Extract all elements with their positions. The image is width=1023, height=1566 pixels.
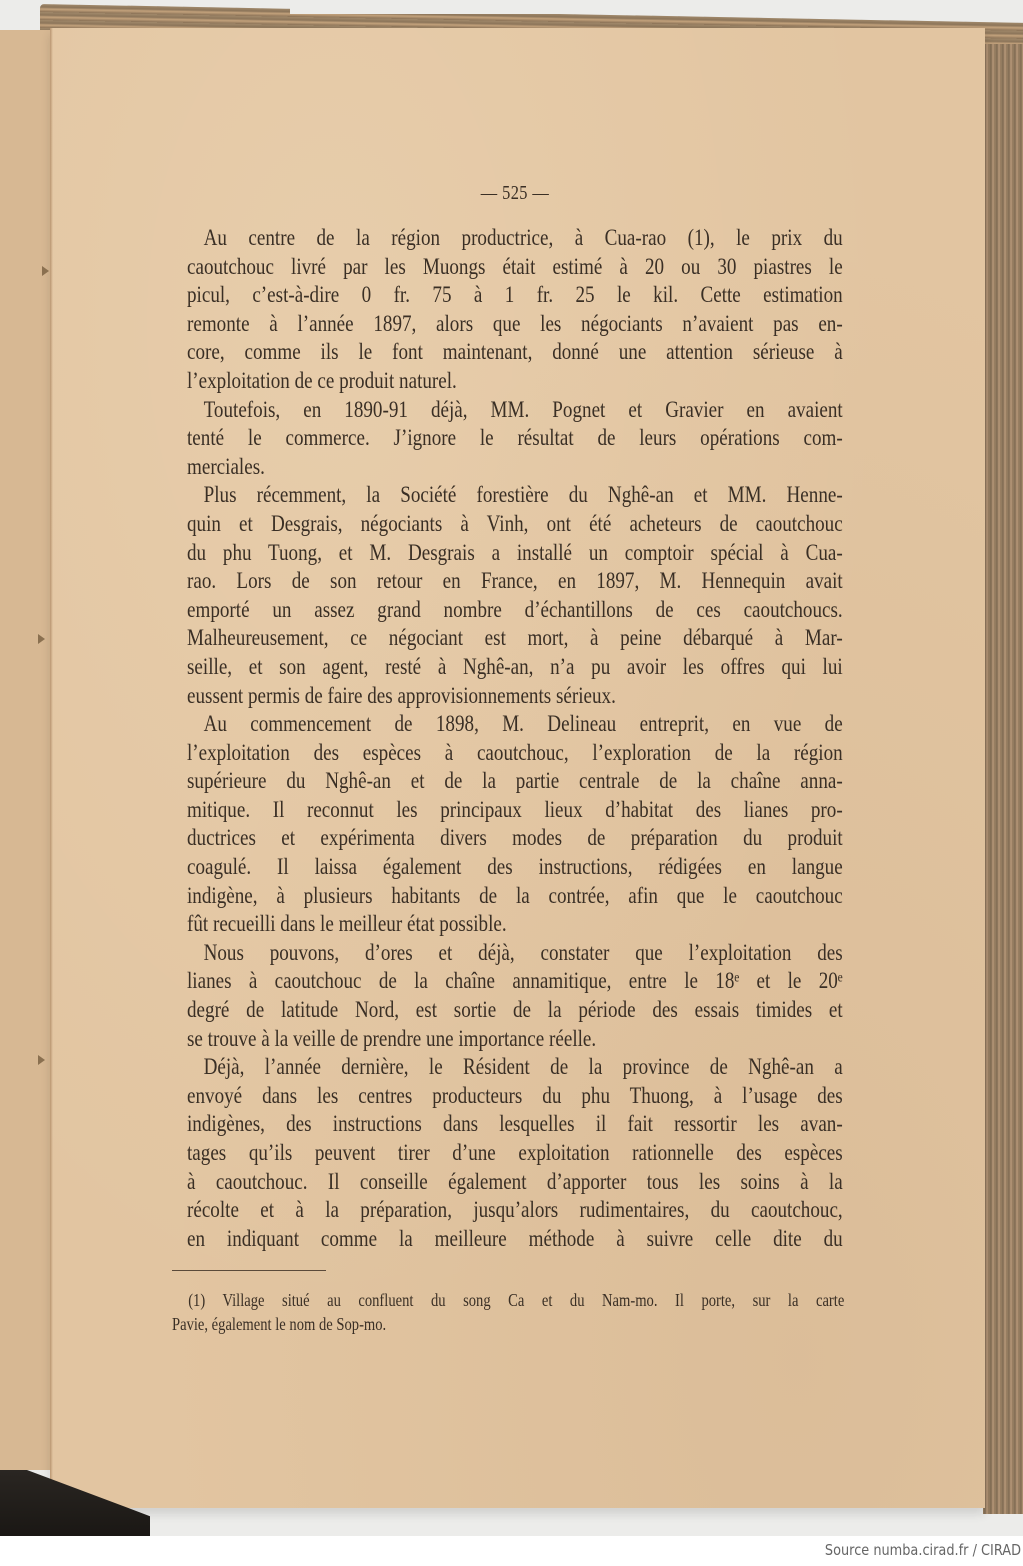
text-line: Déjà, l’année dernière, le Résident de l…	[187, 1053, 843, 1082]
text-line: rao. Lors de son retour en France, en 18…	[187, 567, 843, 596]
scanned-book-image: — 525 — Au centre de la région productri…	[0, 0, 1023, 1536]
text-line: degré de latitude Nord, est sortie de la…	[187, 996, 843, 1025]
margin-mark	[38, 634, 45, 644]
book-page: — 525 — Au centre de la région productri…	[50, 28, 985, 1508]
text-line: seille, et son agent, resté à Nghê-an, n…	[187, 653, 843, 682]
text-line: remonte à l’année 1897, alors que les né…	[187, 310, 843, 339]
right-page-edges	[983, 44, 1023, 1514]
text-line: coagulé. Il laissa également des instruc…	[187, 853, 843, 882]
text-line: eussent permis de faire des approvisionn…	[187, 682, 843, 711]
margin-mark	[42, 266, 49, 276]
text-line: tenté le commerce. J’ignore le résultat …	[187, 424, 843, 453]
source-credit: Source numba.cirad.fr / CIRAD	[825, 1541, 1021, 1559]
text-line: caoutchouc livré par les Muongs était es…	[187, 253, 843, 282]
text-line: tages qu’ils peuvent tirer d’une exploit…	[187, 1139, 843, 1168]
text-line: envoyé dans les centres producteurs du p…	[187, 1082, 843, 1111]
scan-background-strip	[290, 0, 1023, 14]
footnote-rule	[172, 1270, 326, 1271]
text-line: core, comme ils le font maintenant, donn…	[187, 338, 843, 367]
body-text: Au centre de la région productrice, à Cu…	[187, 224, 843, 1253]
text-line: Malheureusement, ce négociant est mort, …	[187, 624, 843, 653]
text-line: indigènes, des instructions dans lesquel…	[187, 1110, 843, 1139]
text-line: Au commencement de 1898, M. Delineau ent…	[187, 710, 843, 739]
text-line: Plus récemment, la Société forestière du…	[187, 481, 843, 510]
text-line: mitique. Il reconnut les principaux lieu…	[187, 796, 843, 825]
text-line: l’exploitation des espèces à caoutchouc,…	[187, 739, 843, 768]
footnote: (1) Village situé au confluent du song C…	[172, 1288, 843, 1336]
text-line: ductrices et expérimenta divers modes de…	[187, 824, 843, 853]
text-line: Toutefois, en 1890-91 déjà, MM. Pognet e…	[187, 396, 843, 425]
text-line: picul, c’est-à-dire 0 fr. 75 à 1 fr. 25 …	[187, 281, 843, 310]
page-number: — 525 —	[246, 182, 784, 205]
text-line: l’exploitation de ce produit naturel.	[187, 367, 843, 396]
text-line: lianes à caoutchouc de la chaîne annamit…	[187, 967, 843, 996]
gutter-fold	[50, 28, 53, 1508]
text-line: Au centre de la région productrice, à Cu…	[187, 224, 843, 253]
text-line: Nous pouvons, d’ores et déjà, constater …	[187, 939, 843, 968]
text-line: quin et Desgrais, négociants à Vinh, ont…	[187, 510, 843, 539]
text-line: supérieure du Nghê-an et de la partie ce…	[187, 767, 843, 796]
text-line: merciales.	[187, 453, 843, 482]
text-line: emporté un assez grand nombre d’échantil…	[187, 596, 843, 625]
footnote-line: Pavie, également le nom de Sop-mo.	[172, 1312, 844, 1336]
text-line: à caoutchouc. Il conseille également d’a…	[187, 1168, 843, 1197]
text-line: se trouve à la veille de prendre une imp…	[187, 1025, 843, 1054]
footnote-line: (1) Village situé au confluent du song C…	[172, 1288, 844, 1312]
margin-mark	[38, 1055, 45, 1065]
text-line: récolte et à la préparation, jusqu’alors…	[187, 1196, 843, 1225]
facing-page-edge	[0, 30, 54, 1470]
text-line: en indiquant comme la meilleure méthode …	[187, 1225, 843, 1254]
text-line: du phu Tuong, et M. Desgrais a installé …	[187, 539, 843, 568]
text-line: fût recueilli dans le meilleur état poss…	[187, 910, 843, 939]
text-line: indigène, à plusieurs habitants de la co…	[187, 882, 843, 911]
